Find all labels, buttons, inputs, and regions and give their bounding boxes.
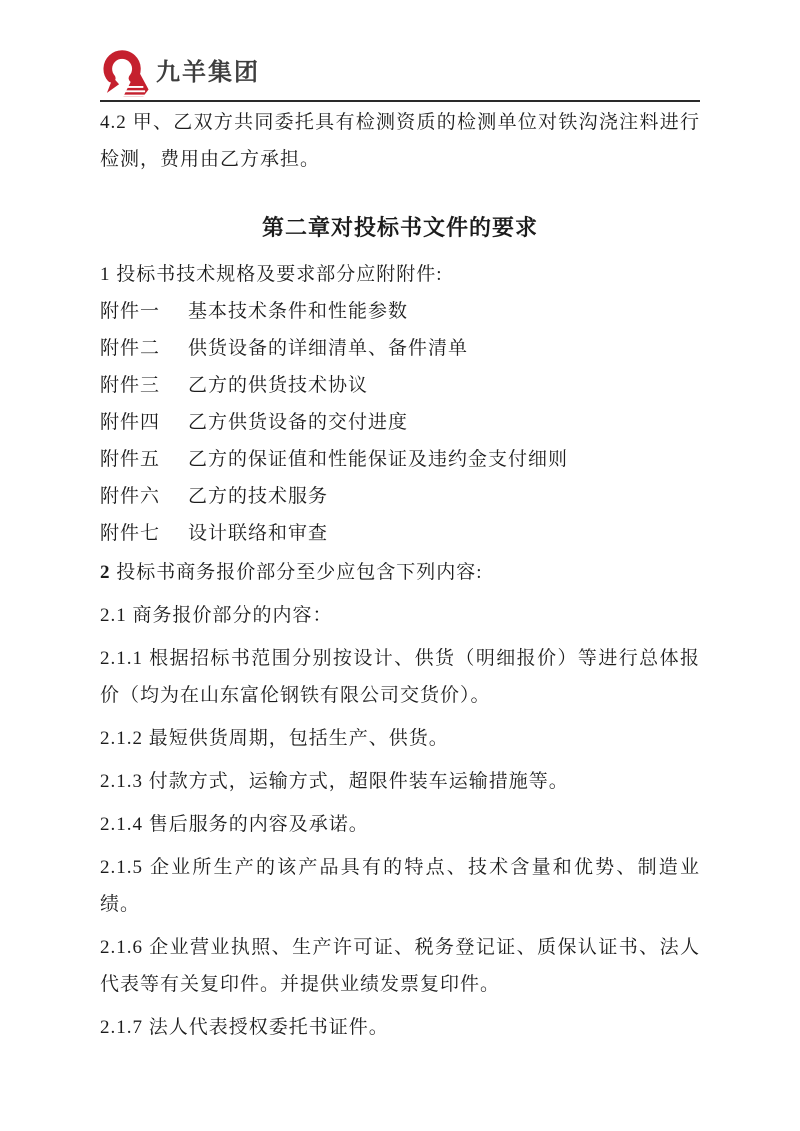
attachment-text: 乙方供货设备的交付进度 bbox=[188, 412, 408, 433]
attachment-text: 设计联络和审查 bbox=[188, 523, 328, 544]
attachment-item-7: 附件七设计联络和审查 bbox=[100, 515, 700, 552]
attachment-label: 附件六 bbox=[100, 486, 160, 507]
document-page: 九羊集团 4.2 甲、乙双方共同委托具有检测资质的检测单位对铁沟浇注料进行检测，… bbox=[0, 0, 800, 1131]
attachment-item-4: 附件四乙方供货设备的交付进度 bbox=[100, 404, 700, 441]
attachment-label: 附件三 bbox=[100, 375, 160, 396]
company-name: 九羊集团 bbox=[156, 61, 260, 85]
document-body: 4.2 甲、乙双方共同委托具有检测资质的检测单位对铁沟浇注料进行检测，费用由乙方… bbox=[0, 102, 800, 1046]
attachment-text: 基本技术条件和性能参数 bbox=[188, 301, 408, 322]
section-2-lead: 2 投标书商务报价部分至少应包含下列内容: bbox=[100, 554, 700, 591]
section-1-lead: 1 投标书技术规格及要求部分应附附件: bbox=[100, 256, 700, 293]
attachment-label: 附件五 bbox=[100, 449, 160, 470]
attachment-item-6: 附件六乙方的技术服务 bbox=[100, 478, 700, 515]
attachment-text: 乙方的技术服务 bbox=[188, 486, 328, 507]
attachment-label: 附件二 bbox=[100, 338, 160, 359]
section-2-number: 2 bbox=[100, 562, 111, 583]
attachment-item-5: 附件五乙方的保证值和性能保证及违约金支付细则 bbox=[100, 441, 700, 478]
attachment-label: 附件四 bbox=[100, 412, 160, 433]
chapter-title: 第二章对投标书文件的要求 bbox=[100, 212, 700, 244]
attachment-text: 乙方的供货技术协议 bbox=[188, 375, 368, 396]
attachment-text: 乙方的保证值和性能保证及违约金支付细则 bbox=[188, 449, 568, 470]
company-header: 九羊集团 bbox=[0, 0, 800, 100]
jiuyang-ram-logo-icon bbox=[100, 46, 152, 100]
attachment-text: 供货设备的详细清单、备件清单 bbox=[188, 338, 468, 359]
attachment-label: 附件一 bbox=[100, 301, 160, 322]
attachment-item-3: 附件三乙方的供货技术协议 bbox=[100, 367, 700, 404]
clause-2-1-5: 2.1.5 企业所生产的该产品具有的特点、技术含量和优势、制造业绩。 bbox=[100, 849, 700, 923]
clause-2-1: 2.1 商务报价部分的内容： bbox=[100, 597, 700, 634]
clause-2-1-7: 2.1.7 法人代表授权委托书证件。 bbox=[100, 1009, 700, 1046]
clause-2-1-2: 2.1.2 最短供货周期，包括生产、供货。 bbox=[100, 720, 700, 757]
attachment-item-1: 附件一基本技术条件和性能参数 bbox=[100, 293, 700, 330]
clause-2-1-4: 2.1.4 售后服务的内容及承诺。 bbox=[100, 806, 700, 843]
clause-4-2: 4.2 甲、乙双方共同委托具有检测资质的检测单位对铁沟浇注料进行检测，费用由乙方… bbox=[100, 104, 700, 178]
attachment-label: 附件七 bbox=[100, 523, 160, 544]
clause-2-1-3: 2.1.3 付款方式，运输方式，超限件装车运输措施等。 bbox=[100, 763, 700, 800]
clause-2-1-1: 2.1.1 根据招标书范围分别按设计、供货（明细报价）等进行总体报价（均为在山东… bbox=[100, 640, 700, 714]
clause-2-1-6: 2.1.6 企业营业执照、生产许可证、税务登记证、质保认证书、法人代表等有关复印… bbox=[100, 929, 700, 1003]
section-2-lead-text: 投标书商务报价部分至少应包含下列内容: bbox=[111, 562, 483, 583]
attachment-item-2: 附件二供货设备的详细清单、备件清单 bbox=[100, 330, 700, 367]
